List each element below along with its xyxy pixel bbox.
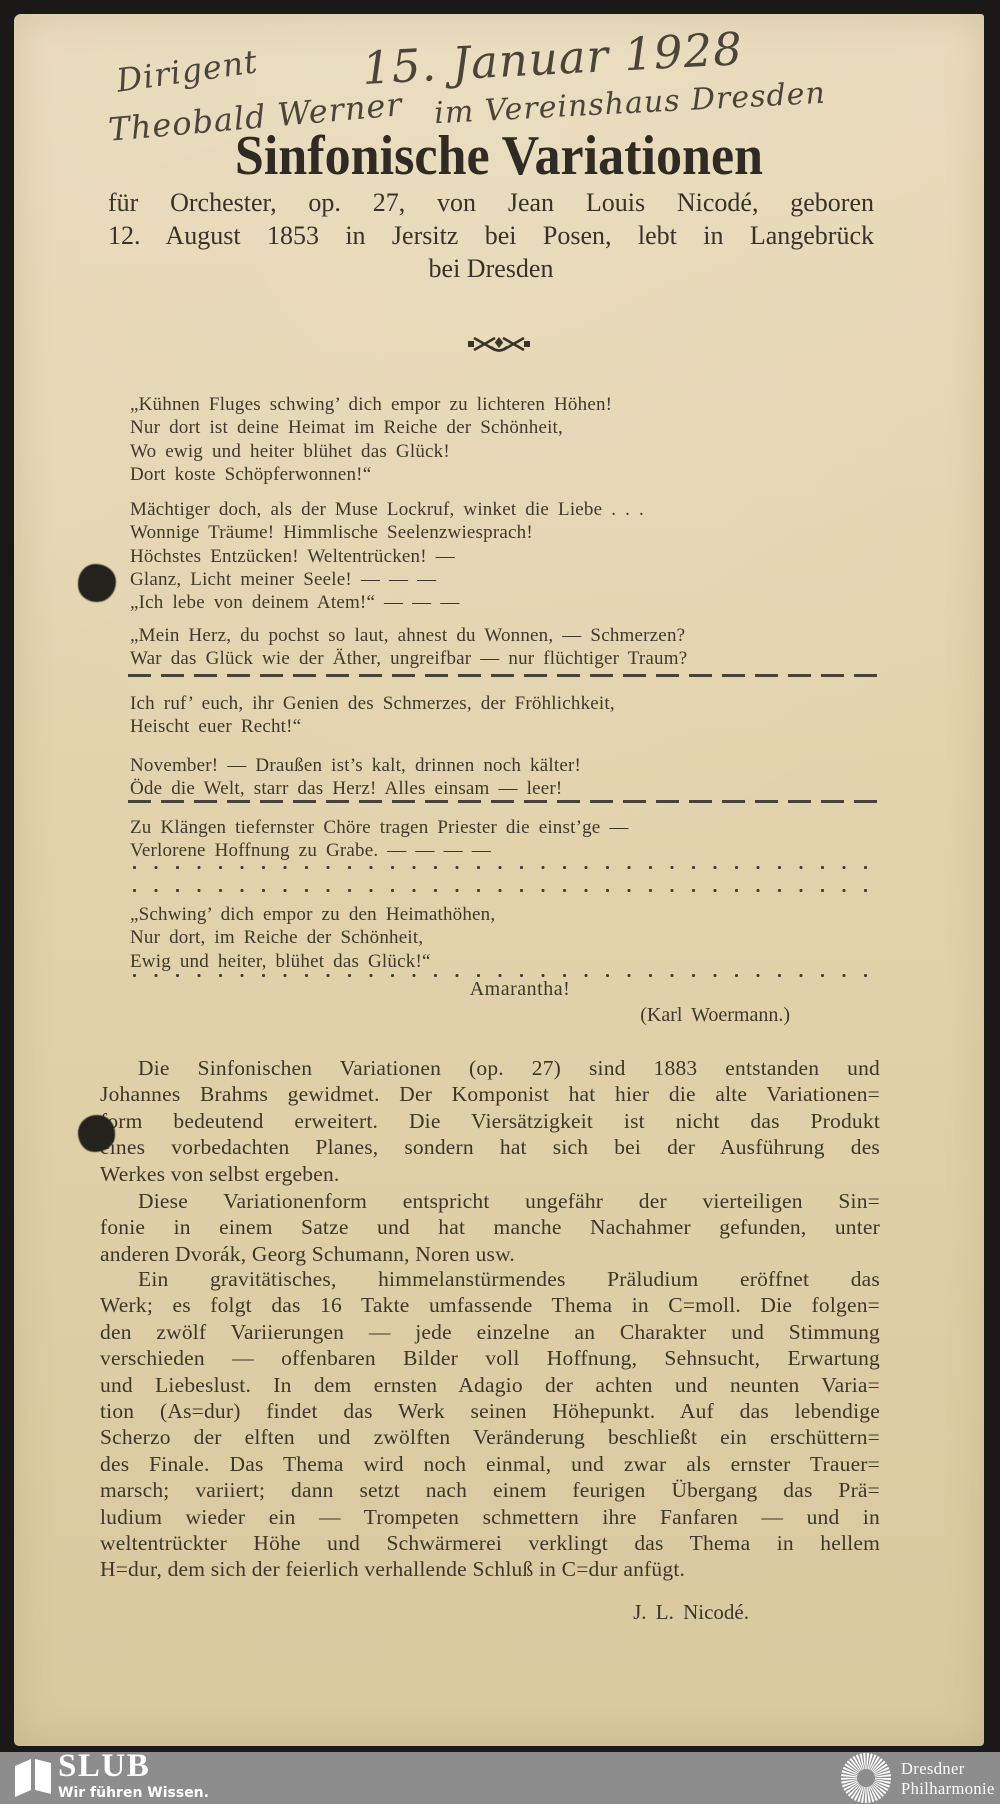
text-line: 12. August 1853 in Jersitz bei Posen, le… (108, 219, 874, 252)
poem-stanza: „Kühnen Fluges schwing’ dich empor zu li… (130, 393, 612, 486)
text-line: marsch; variiert; dann setzt nach einem … (100, 1477, 880, 1503)
dotted-divider (132, 865, 880, 870)
philharmonie-line1: Dresdner (901, 1759, 995, 1779)
dresdner-philharmonie-logo-text: Dresdner Philharmonie (901, 1759, 995, 1798)
dresdner-philharmonie-logo-icon (839, 1752, 893, 1804)
text-line: verschieden — offenbaren Bilder voll Hof… (100, 1345, 880, 1371)
text-line: für Orchester, op. 27, von Jean Louis Ni… (108, 186, 874, 219)
philharmonie-line2: Philharmonie (901, 1779, 995, 1799)
text-line: weltentrückter Höhe und Schwärmerei verk… (100, 1530, 880, 1556)
slub-book-icon (12, 1756, 54, 1803)
dashed-divider (128, 800, 880, 803)
poem-stanza: November! — Draußen ist’s kalt, drinnen … (130, 754, 581, 801)
text-line: tion (As=dur) findet das Werk seinen Höh… (100, 1398, 880, 1424)
text-line: Die Sinfonischen Variationen (op. 27) si… (100, 1055, 880, 1081)
text-line: Johannes Brahms gewidmet. Der Komponist … (100, 1081, 880, 1107)
decorative-ornament-icon (14, 334, 984, 359)
punch-hole (78, 564, 116, 602)
text-line: Werk; es folgt das 16 Takte umfassende T… (100, 1292, 880, 1318)
prose-paragraph: Diese Variationenform entspricht ungefäh… (100, 1188, 880, 1267)
text-line: den zwölf Variierungen — jede einzelne a… (100, 1319, 880, 1345)
scan-viewer-page: { "scan": { "handwriting": { "role": "Di… (0, 0, 1000, 1804)
text-line: eines vorbedachten Planes, sondern hat s… (100, 1134, 880, 1160)
poem-stanza: „Schwing’ dich empor zu den Heimathöhen,… (130, 903, 495, 973)
library-brand-bar: SLUB Wir führen Wissen. Dresdner Philhar… (0, 1752, 1000, 1804)
poem-stanza: Ich ruf’ euch, ihr Genien des Schmerzes,… (130, 692, 615, 739)
text-line: fonie in einem Satze und hat manche Nach… (100, 1214, 880, 1240)
punch-hole (78, 1115, 115, 1152)
text-line: ludium wieder ein — Trompeten schmettern… (100, 1504, 880, 1530)
text-line: anderen Dvorák, Georg Schumann, Noren us… (100, 1241, 880, 1267)
text-line: H=dur, dem sich der feierlich verhallend… (100, 1556, 880, 1582)
page-title: Sinfonische Variationen (14, 124, 984, 188)
handwriting-role: Dirigent (114, 42, 260, 99)
dashed-divider (128, 674, 880, 677)
poem-dedication: Amarantha! (56, 978, 984, 1001)
poet-credit: (Karl Woermann.) (640, 1004, 790, 1027)
text-line: und Liebeslust. In dem ernsten Adagio de… (100, 1372, 880, 1398)
dotted-divider (132, 888, 880, 893)
text-line: Werkes von selbst ergeben. (100, 1161, 880, 1187)
slub-logo-text: SLUB (58, 1748, 150, 1785)
prose-paragraph: Ein gravitätisches, himmelanstürmendes P… (100, 1266, 880, 1583)
author-signature: J. L. Nicodé. (633, 1600, 749, 1625)
slub-tagline: Wir führen Wissen. (58, 1785, 209, 1801)
scanned-program-page: Dirigent Theobald Werner 15. Januar 1928… (14, 14, 984, 1746)
poem-stanza: „Mein Herz, du pochst so laut, ahnest du… (130, 624, 687, 671)
prose-paragraph: Die Sinfonischen Variationen (op. 27) si… (100, 1055, 880, 1187)
text-line: Ein gravitätisches, himmelanstürmendes P… (100, 1266, 880, 1292)
poem-stanza: Zu Klängen tiefernster Chöre tragen Prie… (130, 816, 629, 863)
text-line: form bedeutend erweitert. Die Viersätzig… (100, 1108, 880, 1134)
text-line: Scherzo der elften und zwölften Veränder… (100, 1424, 880, 1450)
text-line: des Finale. Das Thema wird noch einmal, … (100, 1451, 880, 1477)
poem-stanza: Mächtiger doch, als der Muse Lockruf, wi… (130, 498, 644, 614)
text-line: bei Dresden (108, 252, 874, 285)
subtitle: für Orchester, op. 27, von Jean Louis Ni… (108, 186, 874, 285)
text-line: Diese Variationenform entspricht ungefäh… (100, 1188, 880, 1214)
